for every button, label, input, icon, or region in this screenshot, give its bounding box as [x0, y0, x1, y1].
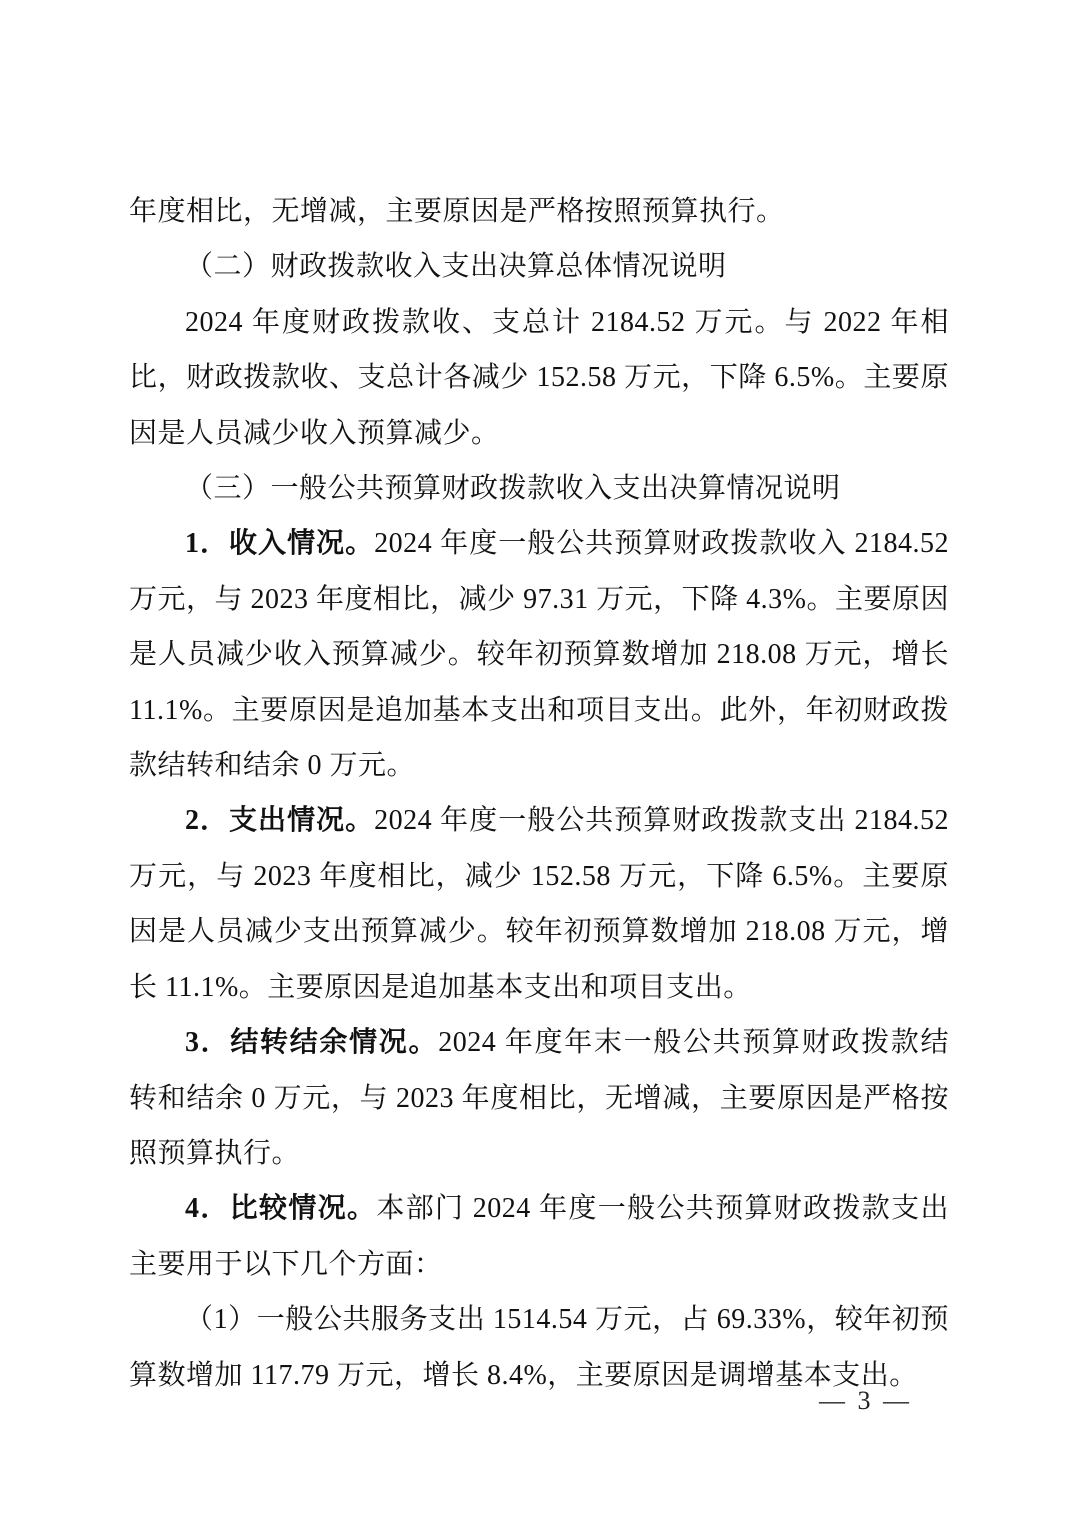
paragraph-lead: 2．支出情况。 [185, 805, 374, 836]
paragraph-text: 2024 年度财政拨款收、支总计 2184.52 万元。与 2022 年相比，财… [129, 307, 949, 449]
paragraph-carryover: 3．结转结余情况。2024 年度年末一般公共预算财政拨款结转和结余 0 万元，与… [129, 1015, 949, 1181]
section-heading-3: （三）一般公共预算财政拨款收入支出决算情况说明 [129, 461, 949, 516]
document-page: 年度相比，无增减，主要原因是严格按照预算执行。 （二）财政拨款收入支出决算总体情… [0, 0, 1074, 1520]
paragraph-lead: 4．比较情况。 [185, 1193, 376, 1224]
paragraph-text: （1）一般公共服务支出 1514.54 万元，占 69.33%，较年初预算数增加… [129, 1304, 949, 1390]
paragraph-lead: 3．结转结余情况。 [185, 1027, 438, 1058]
paragraph-text: 2024 年度一般公共预算财政拨款收入 2184.52 万元，与 2023 年度… [129, 528, 949, 781]
paragraph-comparison: 4．比较情况。本部门 2024 年度一般公共预算财政拨款支出主要用于以下几个方面… [129, 1181, 949, 1292]
paragraph-text: 年度相比，无增减，主要原因是严格按照预算执行。 [129, 196, 785, 227]
section-heading-2: （二）财政拨款收入支出决算总体情况说明 [129, 239, 949, 294]
page-number: — 3 — [819, 1386, 912, 1416]
heading-text: （三）一般公共预算财政拨款收入支出决算情况说明 [185, 473, 841, 504]
heading-text: （二）财政拨款收入支出决算总体情况说明 [185, 251, 727, 282]
paragraph-fiscal-total: 2024 年度财政拨款收、支总计 2184.52 万元。与 2022 年相比，财… [129, 295, 949, 461]
paragraph-income: 1．收入情况。2024 年度一般公共预算财政拨款收入 2184.52 万元，与 … [129, 516, 949, 793]
paragraph-continuation: 年度相比，无增减，主要原因是严格按照预算执行。 [129, 184, 949, 239]
paragraph-expenditure: 2．支出情况。2024 年度一般公共预算财政拨款支出 2184.52 万元，与 … [129, 793, 949, 1015]
paragraph-lead: 1．收入情况。 [185, 528, 374, 559]
document-body: 年度相比，无增减，主要原因是严格按照预算执行。 （二）财政拨款收入支出决算总体情… [129, 184, 949, 1403]
